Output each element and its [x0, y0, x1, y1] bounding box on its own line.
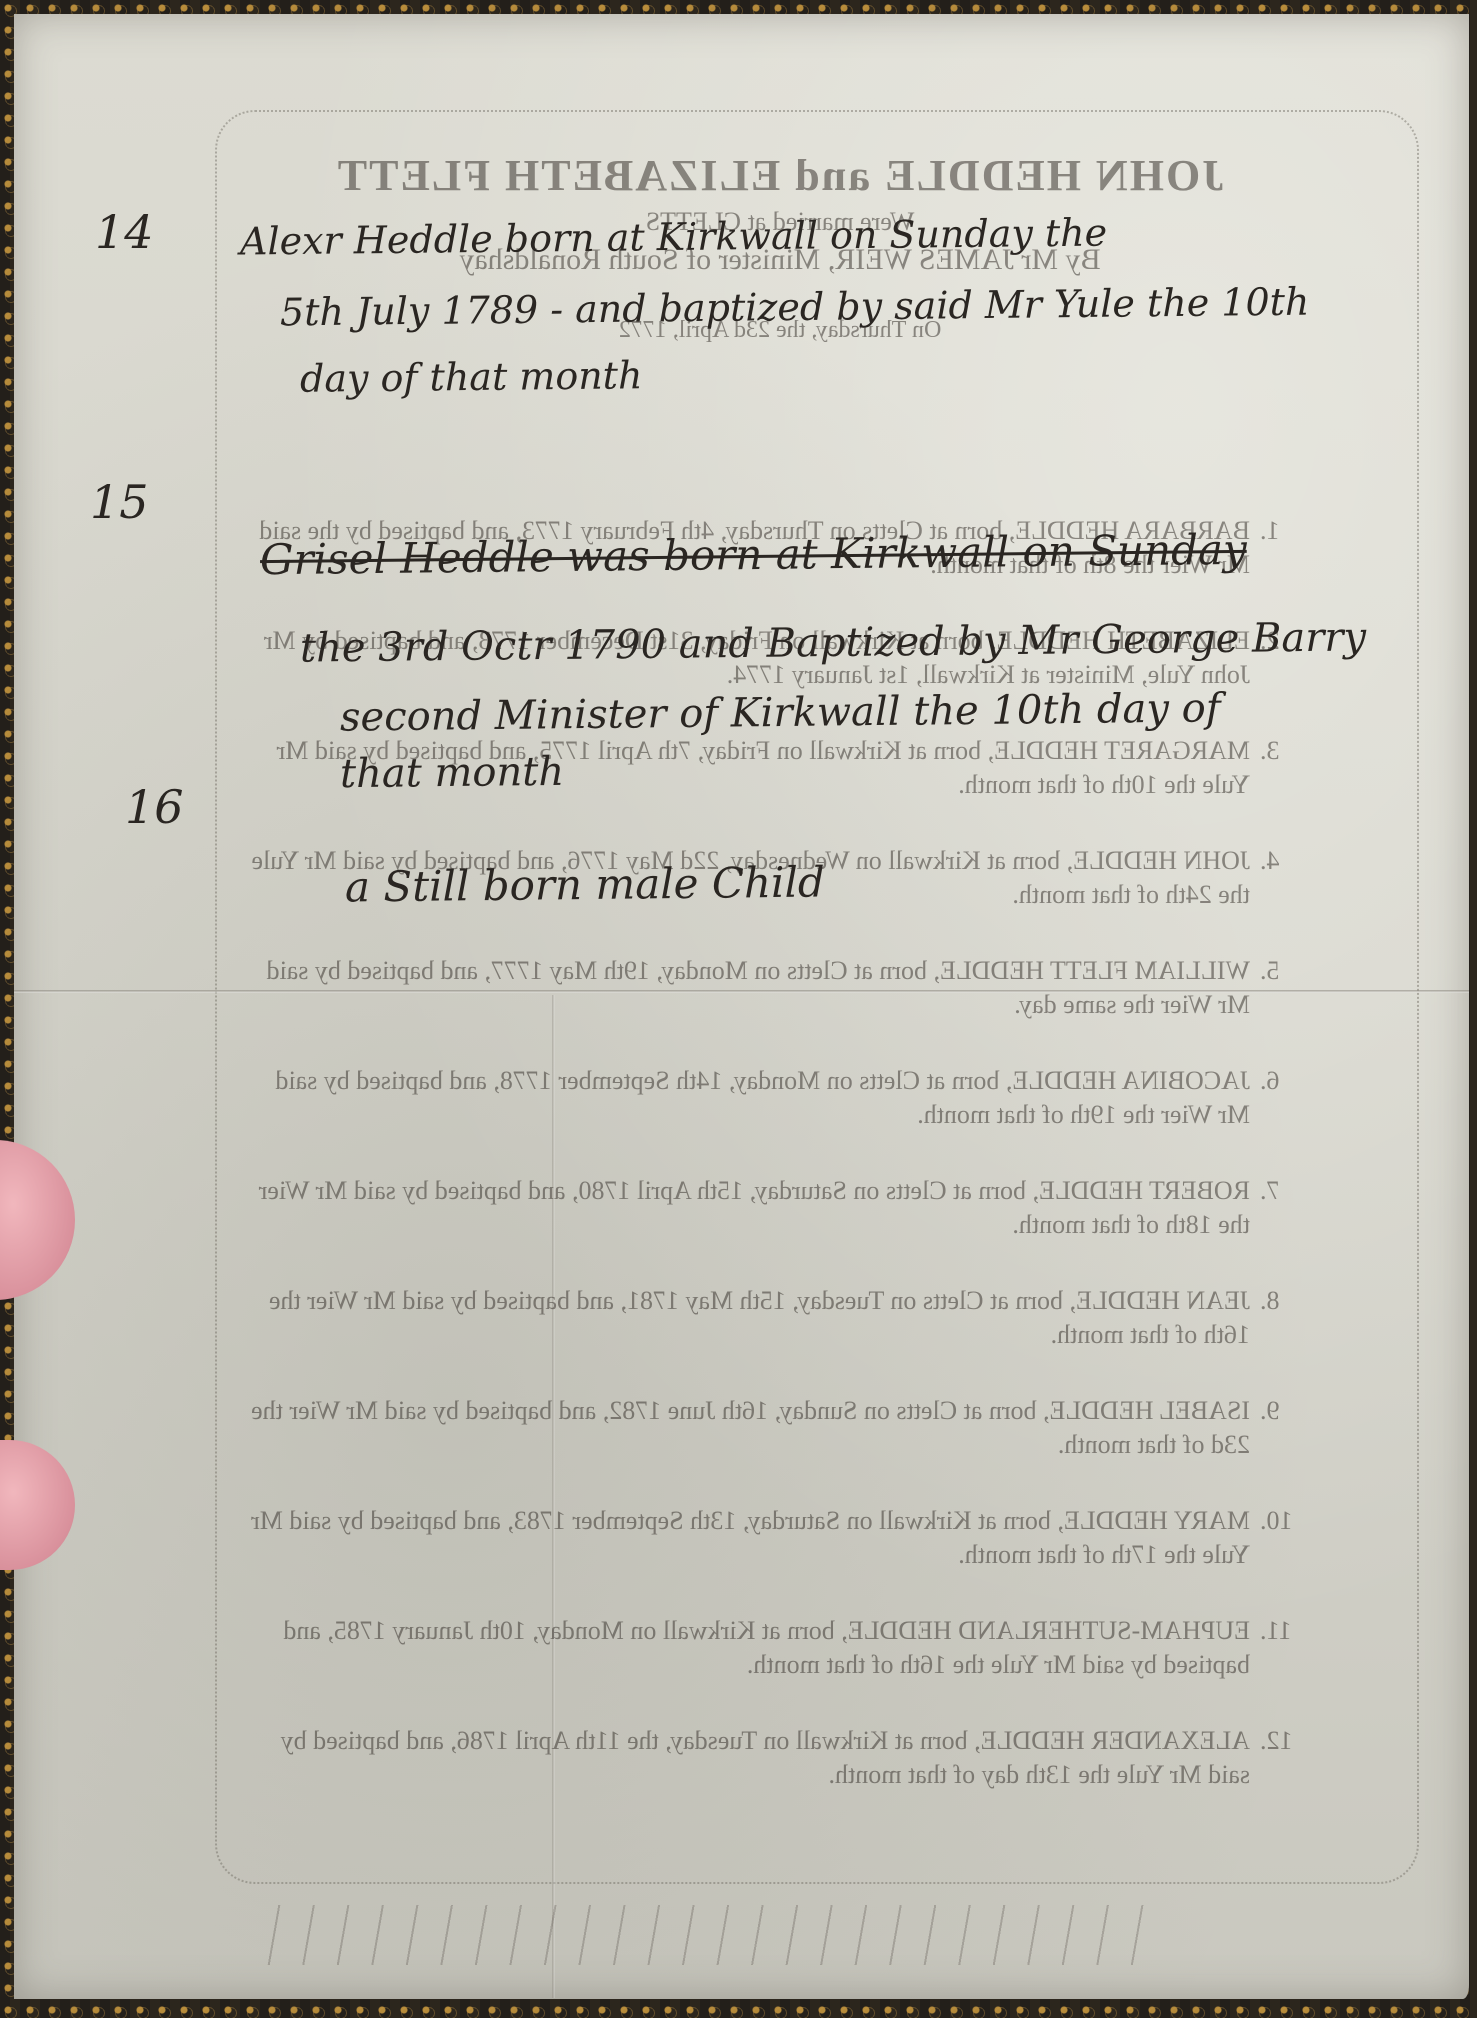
handwritten-line: day of that month: [300, 353, 643, 401]
printed-title: JOHN HEDDLE and ELIZABETH FLETT: [250, 150, 1310, 201]
handwritten-line: a Still born male Child: [345, 857, 825, 911]
handwritten-line: Alexr Heddle born at Kirkwall on Sunday …: [240, 210, 1108, 263]
handwritten-line: second Minister of Kirkwall the 10th day…: [340, 685, 1221, 740]
handwritten-line: that month: [340, 749, 565, 797]
handwritten-line-struck: Grisel Heddle was born at Kirkwall on Su…: [260, 525, 1247, 584]
entry-number-16: 16: [125, 780, 184, 834]
printed-entry: 9.ISABEL HEDDLE, born at Cletts on Sunda…: [250, 1394, 1310, 1462]
printed-entry: 11.EUPHAM-SUTHERLAND HEDDLE, born at Kir…: [250, 1614, 1310, 1682]
printed-entry: 12.ALEXANDER HEDDLE, born at Kirkwall on…: [250, 1724, 1310, 1792]
printed-entry: 6.JACOBINA HEDDLE, born at Cletts on Mon…: [250, 1064, 1310, 1132]
printed-entry: 7.ROBERT HEDDLE, born at Cletts on Satur…: [250, 1174, 1310, 1242]
printed-entry: 8.JEAN HEDDLE, born at Cletts on Tuesday…: [250, 1284, 1310, 1352]
printed-show-through: JOHN HEDDLE and ELIZABETH FLETT Were mar…: [250, 150, 1310, 1834]
illegible-footer-handwriting: [260, 1905, 1160, 1965]
printed-entry: 5.WILLIAM FLETT HEDDLE, born at Cletts o…: [250, 954, 1310, 1022]
printed-entry: 10.MARY HEDDLE, born at Kirkwall on Satu…: [250, 1504, 1310, 1572]
entry-number-15: 15: [90, 475, 149, 529]
entry-number-14: 14: [95, 205, 154, 259]
handwritten-line: Grisel Heddle was born at Kirkwall on Su…: [260, 525, 1247, 584]
